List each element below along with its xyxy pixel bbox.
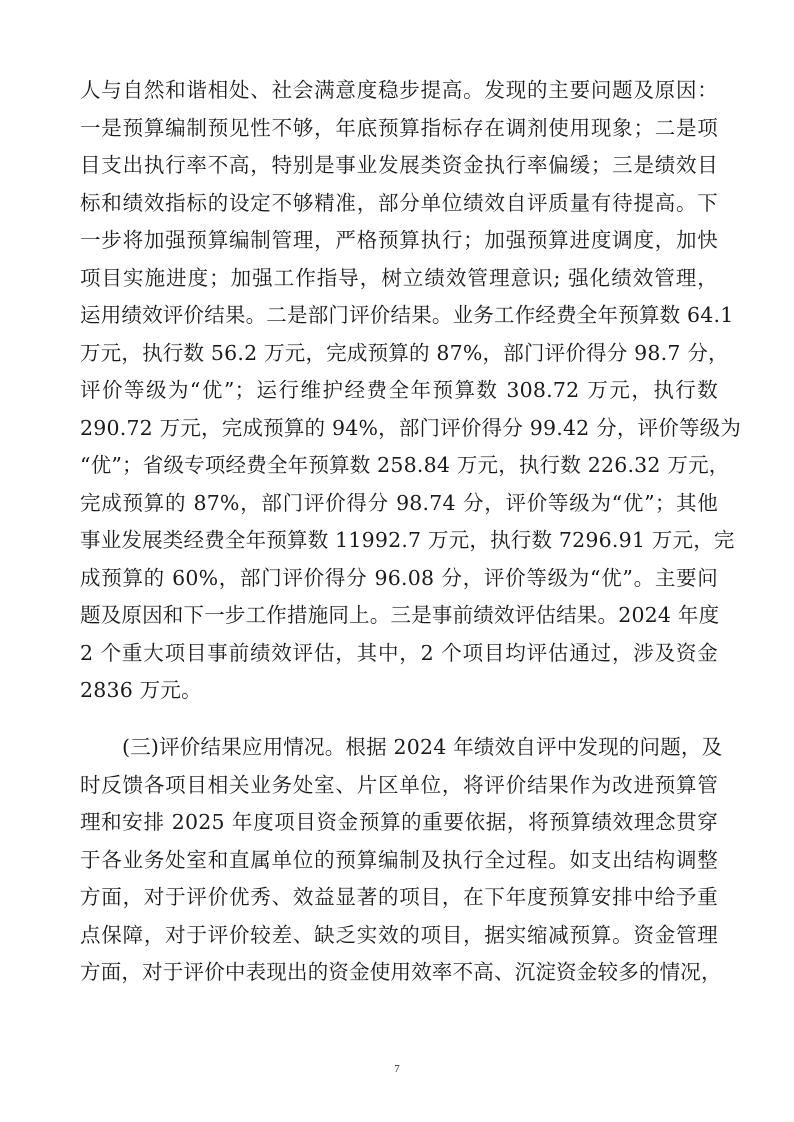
text-line: 时反馈各项目相关业务处室、片区单位，将评价结果作为改进预算管 — [80, 768, 718, 802]
text-line: 方面，对于评价优秀、效益显著的项目，在下年度预算安排中给予重 — [80, 880, 718, 914]
text-line: 2 个重大项目事前绩效评估，其中，2 个项目均评估通过，涉及资金 — [80, 636, 718, 670]
text-line: 项目实施进度；加强工作指导，树立绩效管理意识; 强化绩效管理， — [80, 261, 718, 295]
page-number: 7 — [0, 1063, 794, 1075]
text-line: “优”；省级专项经费全年预算数 258.84 万元，执行数 226.32 万元， — [80, 448, 718, 482]
text-line: 理和安排 2025 年度项目资金预算的重要依据，将预算绩效理念贯穿 — [80, 805, 718, 839]
text-line: 于各业务处室和直属单位的预算编制及执行全过程。如支出结构调整 — [80, 843, 718, 877]
section-heading-line: (三)评价结果应用情况。根据 2024 年绩效自评中发现的问题，及 — [122, 730, 718, 764]
document-page: 人与自然和谐相处、社会满意度稳步提高。发现的主要问题及原因： 一是预算编制预见性… — [0, 0, 794, 1122]
text-line: 2836 万元。 — [80, 673, 718, 707]
text-line: 人与自然和谐相处、社会满意度稳步提高。发现的主要问题及原因： — [80, 73, 718, 107]
text-line: 事业发展类经费全年预算数 11992.7 万元，执行数 7296.91 万元，完 — [80, 523, 718, 557]
text-line: 成预算的 60%，部门评价得分 96.08 分，评价等级为“优”。主要问 — [80, 561, 718, 595]
text-line: 标和绩效指标的设定不够精准，部分单位绩效自评质量有待提高。下 — [80, 186, 718, 220]
text-line: 方面，对于评价中表现出的资金使用效率不高、沉淀资金较多的情况， — [80, 955, 718, 989]
text-line: 点保障，对于评价较差、缺乏实效的项目，据实缩减预算。资金管理 — [80, 918, 718, 952]
text-line: 一是预算编制预见性不够，年底预算指标存在调剂使用现象；二是项 — [80, 111, 718, 145]
text-line: 万元，执行数 56.2 万元，完成预算的 87%，部门评价得分 98.7 分， — [80, 336, 718, 370]
text-line: 目支出执行率不高，特别是事业发展类资金执行率偏缓；三是绩效目 — [80, 148, 718, 182]
text-line: 运用绩效评价结果。二是部门评价结果。业务工作经费全年预算数 64.1 — [80, 298, 718, 332]
text-line: 一步将加强预算编制管理，严格预算执行；加强预算进度调度，加快 — [80, 223, 718, 257]
text-line: 题及原因和下一步工作措施同上。三是事前绩效评估结果。2024 年度 — [80, 598, 718, 632]
text-line: 完成预算的 87%，部门评价得分 98.74 分，评价等级为“优”；其他 — [80, 486, 718, 520]
text-line: 290.72 万元，完成预算的 94%，部门评价得分 99.42 分，评价等级为 — [80, 411, 718, 445]
text-line: 评价等级为“优”；运行维护经费全年预算数 308.72 万元，执行数 — [80, 373, 718, 407]
